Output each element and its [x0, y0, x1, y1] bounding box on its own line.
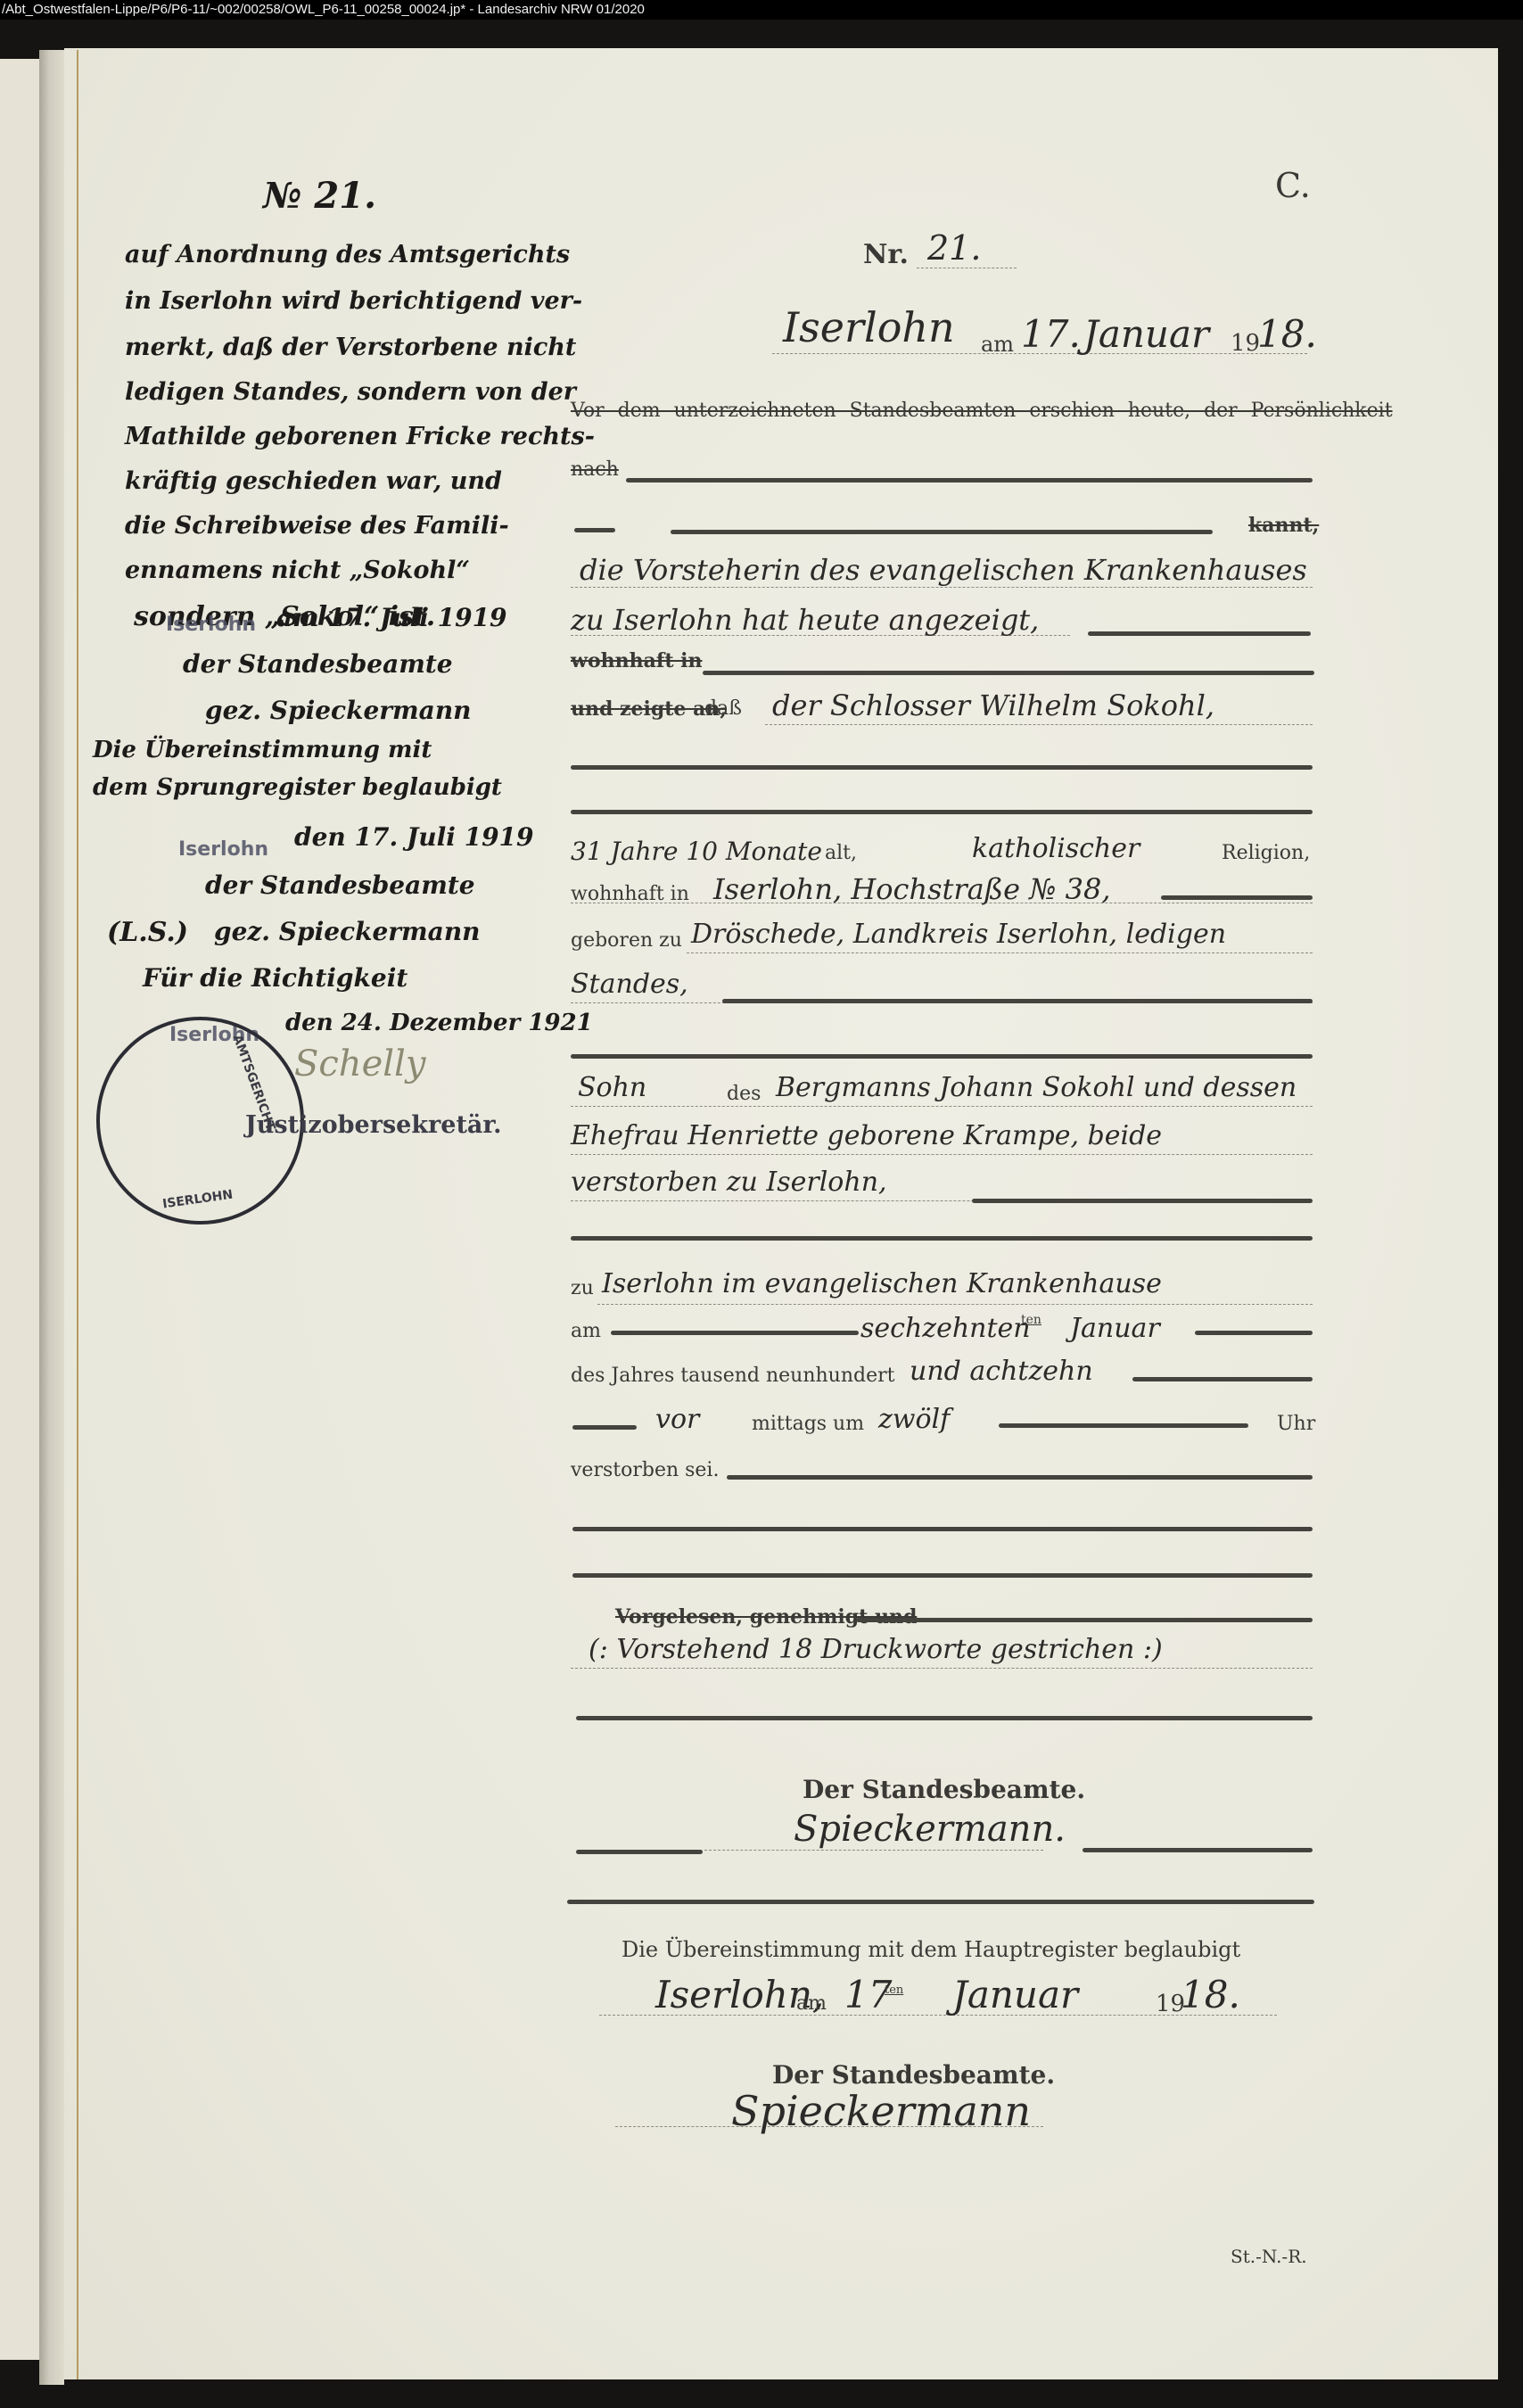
blank-rule	[972, 1199, 1313, 1203]
cert-day-suffix: ten	[885, 1983, 903, 1997]
margin-note-line: ennamens nicht „Sokohl“	[125, 557, 470, 584]
line-underline	[687, 952, 1313, 953]
line-underline	[597, 1304, 1313, 1305]
margin-note-correctness: Für die Richtigkeit	[143, 963, 408, 993]
seal-text-bottom: ISERLOHN	[161, 1188, 234, 1212]
margin-note-certify: Die Übereinstimmung mit	[93, 737, 432, 763]
margin-note-date: den 17. Juli 1919	[294, 822, 534, 852]
blank-rule	[1088, 631, 1311, 636]
religion-label: Religion,	[1222, 842, 1310, 864]
informant-line-2: zu Iserlohn hat heute angezeigt,	[571, 603, 1039, 637]
death-year-words: und achtzehn	[910, 1356, 1093, 1387]
parent-line-1: Bergmanns Johann Sokohl und dessen	[776, 1072, 1297, 1103]
blank-rule	[1195, 1331, 1313, 1335]
death-month: Januar	[1070, 1313, 1160, 1344]
blank-rule	[1132, 1377, 1313, 1381]
margin-note-date: am 17. Juli 1919	[276, 603, 507, 632]
alt-label: alt,	[825, 842, 857, 864]
deceased-age: 31 Jahre 10 Monate	[571, 837, 822, 866]
margin-note-line: ledigen Standes, sondern von der	[125, 378, 576, 406]
margin-note-role: der Standesbeamte	[205, 870, 475, 900]
hour-value: zwölf	[878, 1404, 950, 1435]
parent-line-2: Ehefrau Henriette geborene Krampe, beide	[571, 1120, 1162, 1151]
margin-note-signed: gez. Spieckermann	[214, 917, 481, 946]
wohnhaft-label: wohnhaft in	[571, 883, 689, 905]
blank-rule	[572, 1527, 1313, 1531]
blank-rule	[722, 999, 1313, 1003]
mittags-label: mittags um	[752, 1413, 864, 1435]
deceased-residence: Iserlohn, Hochstraße № 38,	[713, 872, 1111, 906]
signature-underline	[704, 1850, 1043, 1851]
uhr-label: Uhr	[1277, 1413, 1315, 1435]
jahres-label: des Jahres tausend neunhundert	[571, 1365, 894, 1387]
struck-zeigte: und zeigte an,	[571, 697, 727, 721]
vor-value: vor	[655, 1404, 699, 1435]
blank-rule	[567, 1900, 1314, 1904]
blank-rule	[574, 528, 615, 532]
place-stamp: Iserlohn	[178, 838, 268, 861]
cert-year-suffix: 18.	[1181, 1973, 1240, 2016]
blank-rule	[571, 810, 1313, 814]
cert-signature: Spieckermann	[731, 2087, 1031, 2135]
deceased-religion: katholischer	[972, 833, 1140, 864]
birthplace-line-1: Dröschede, Landkreis Iserlohn, ledigen	[691, 919, 1226, 950]
margin-note-line: auf Anordnung des Amtsgerichts	[125, 241, 570, 268]
margin-note-certify: dem Sprungregister beglaubigt	[93, 774, 502, 801]
certify-text: Die Übereinstimmung mit dem Hauptregiste…	[622, 1937, 1240, 1962]
struck-wohnhaft: wohnhaft in	[571, 649, 703, 672]
place-stamp: Iserlohn	[166, 614, 256, 636]
clerk-title: Justizobersekretär.	[245, 1111, 502, 1139]
cert-am-label: am	[796, 1992, 827, 2015]
margin-note-date: den 24. Dezember 1921	[285, 1010, 593, 1036]
blank-rule	[571, 1236, 1313, 1241]
window-title-bar: /Abt_Ostwestfalen-Lippe/P6/P6-11/~002/00…	[0, 0, 1523, 20]
register-letter: C.	[1275, 166, 1311, 205]
informant-line-1: die Vorsteherin des evangelischen Kranke…	[580, 553, 1307, 587]
line-underline	[571, 1154, 1313, 1155]
struck-vorgelesen: Vorgelesen, genehmigt und	[615, 1605, 917, 1629]
record-year-prefix: 19	[1231, 330, 1260, 357]
am2-label: am	[571, 1320, 601, 1342]
death-place: Iserlohn im evangelischen Krankenhause	[602, 1268, 1162, 1299]
blank-rule	[572, 1573, 1313, 1578]
des-label: des	[727, 1083, 761, 1105]
line-underline	[571, 1106, 1313, 1107]
struck-nach: nach	[571, 458, 619, 481]
blank-rule	[703, 671, 1314, 675]
blank-rule	[576, 1716, 1313, 1720]
cert-title: Der Standesbeamte.	[772, 2060, 1055, 2090]
parent-prefix: Sohn	[578, 1072, 646, 1103]
birthplace-line-2: Standes,	[571, 969, 688, 1000]
margin-note-line: Mathilde geborenen Fricke rechts-	[125, 423, 595, 450]
margin-note-number: № 21.	[263, 175, 376, 217]
nr-underline	[917, 268, 1017, 268]
book-spine	[39, 50, 64, 2385]
nr-value: 21.	[927, 228, 981, 268]
blank-rule	[611, 1331, 859, 1335]
blank-rule	[576, 1850, 703, 1854]
zu-label: zu	[571, 1277, 594, 1299]
blank-rule	[571, 765, 1313, 770]
death-day-suffix: ten	[1021, 1313, 1041, 1327]
death-day: sechzehnten	[860, 1313, 1031, 1344]
official-title: Der Standesbeamte.	[803, 1775, 1085, 1804]
parent-line-3: verstorben zu Iserlohn,	[571, 1167, 887, 1198]
verstorben-label: verstorben sei.	[571, 1459, 719, 1481]
blank-rule	[571, 1054, 1313, 1059]
cert-month: Januar	[952, 1973, 1078, 2016]
deceased-name: der Schlosser Wilhelm Sokohl,	[772, 689, 1214, 722]
dass-label: daß	[704, 697, 742, 720]
seal-abbreviation: (L.S.)	[107, 917, 188, 948]
clerk-signature: Schelly	[294, 1043, 425, 1084]
geboren-label: geboren zu	[571, 929, 682, 952]
blank-rule	[671, 530, 1213, 534]
line-underline	[571, 587, 1313, 588]
official-signature: Spieckermann.	[794, 1809, 1066, 1850]
deletion-note: (: Vorstehend 18 Druckworte gestrichen :…	[589, 1634, 1163, 1665]
record-place: Iserlohn	[783, 303, 955, 351]
window-title: /Abt_Ostwestfalen-Lippe/P6/P6-11/~002/00…	[2, 2, 645, 17]
margin-rule	[77, 50, 78, 2379]
blank-rule	[1161, 895, 1313, 900]
blank-rule	[572, 1425, 637, 1430]
record-month: Januar	[1083, 312, 1209, 356]
record-year-suffix: 18.	[1257, 312, 1317, 356]
left-page-edge	[0, 59, 39, 2360]
margin-note-line: merkt, daß der Verstorbene nicht	[125, 334, 576, 361]
blank-rule	[1083, 1848, 1313, 1852]
blank-rule	[856, 1618, 1313, 1622]
nr-label: Nr.	[863, 239, 909, 270]
blank-rule	[727, 1475, 1313, 1480]
margin-note-line: die Schreibweise des Famili-	[125, 512, 509, 540]
am-label: am	[981, 332, 1014, 357]
footer-code: St.-N.-R.	[1231, 2246, 1307, 2267]
margin-note-role: der Standesbeamte	[183, 649, 453, 679]
blank-rule	[626, 478, 1313, 482]
margin-note-signed: gez. Spieckermann	[205, 696, 472, 725]
line-underline	[571, 1668, 1313, 1669]
record-day: 17.	[1021, 312, 1081, 356]
margin-note-line: kräftig geschieden war, und	[125, 467, 502, 495]
line-underline	[765, 724, 1313, 725]
margin-note-line: in Iserlohn wird berichtigend ver-	[125, 287, 582, 315]
struck-kannt: kannt,	[1248, 514, 1319, 537]
blank-rule	[999, 1423, 1248, 1428]
struck-intro: Vor dem unterzeichneten Standesbeamten e…	[571, 400, 1393, 422]
